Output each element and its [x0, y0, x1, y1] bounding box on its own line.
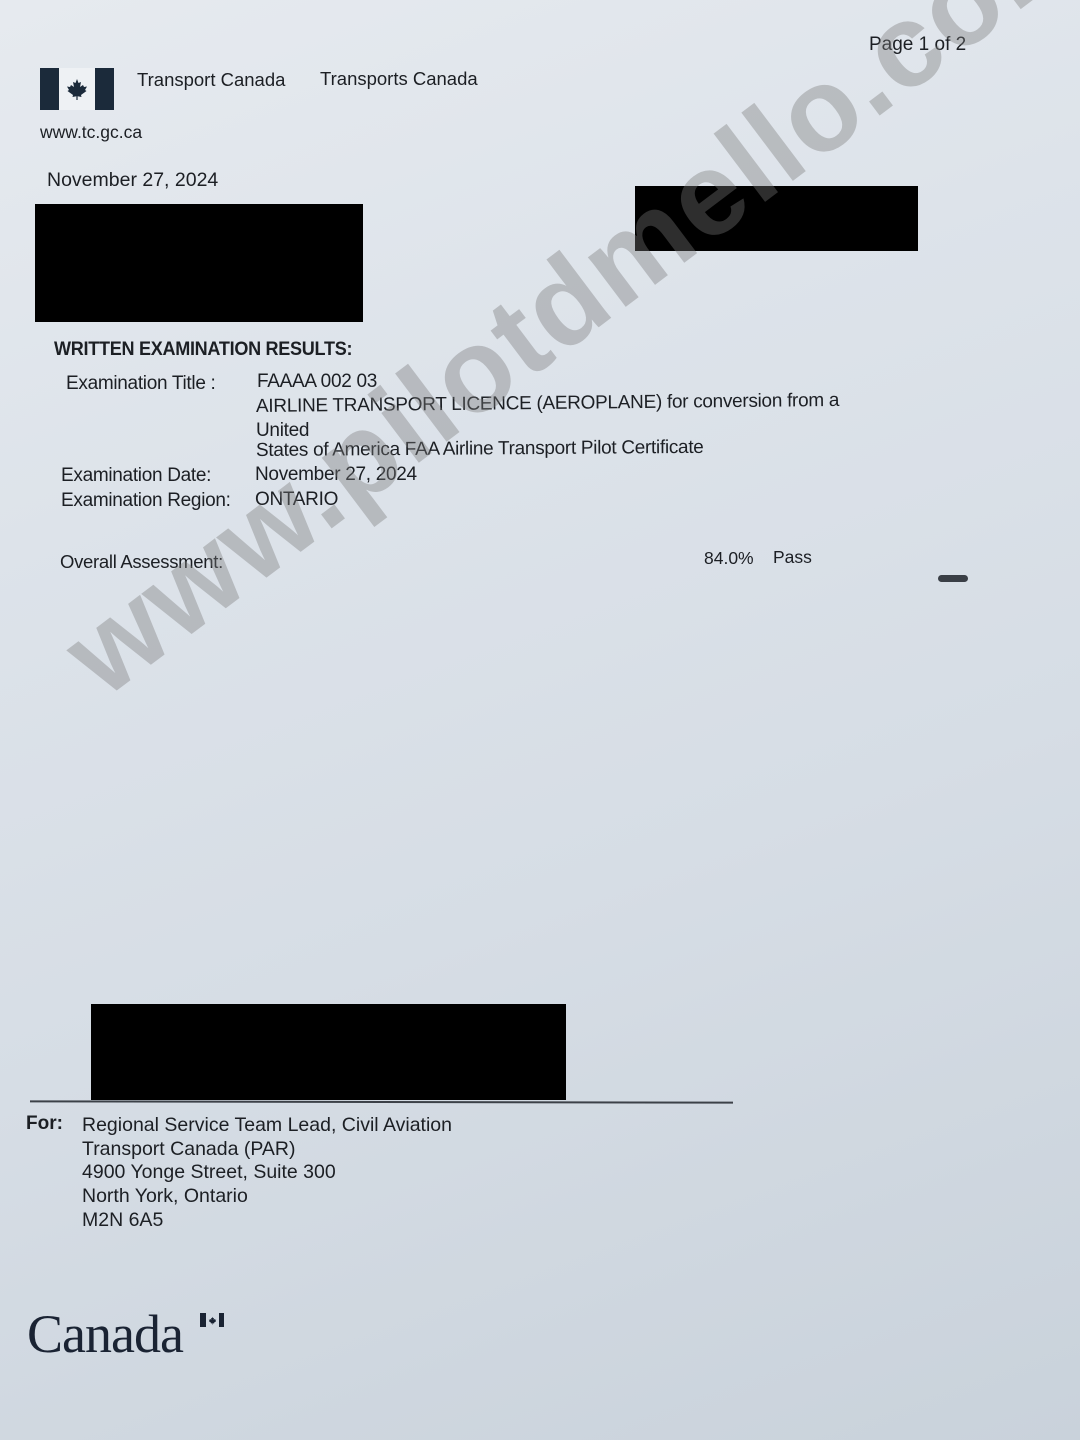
- address-city: North York, Ontario: [82, 1185, 248, 1208]
- canada-wordmark-flag-icon: [200, 1313, 224, 1327]
- exam-date-label: Examination Date:: [61, 465, 211, 487]
- section-title: WRITTEN EXAMINATION RESULTS:: [54, 339, 352, 361]
- org-name-french: Transports Canada: [320, 68, 478, 90]
- address-postal-code: M2N 6A5: [82, 1209, 163, 1232]
- watermark: www.pilotdmello.com: [39, 0, 1080, 722]
- address-street: 4900 Yonge Street, Suite 300: [82, 1161, 336, 1184]
- letter-date: November 27, 2024: [47, 169, 218, 192]
- page-indicator: Page 1 of 2: [869, 34, 966, 56]
- signatory-title: Regional Service Team Lead, Civil Aviati…: [82, 1114, 452, 1137]
- redacted-reference-block: [635, 186, 918, 251]
- exam-code: FAAAA 002 03: [257, 371, 377, 393]
- redacted-signature-block: [91, 1004, 566, 1100]
- maple-leaf-icon: [65, 77, 89, 101]
- overall-score: 84.0%: [704, 548, 754, 569]
- canada-flag-icon: [40, 68, 114, 110]
- exam-title-label: Examination Title :: [66, 373, 216, 395]
- org-name-english: Transport Canada: [137, 69, 285, 91]
- overall-assessment-label: Overall Assessment:: [60, 551, 223, 573]
- redacted-recipient-block: [35, 204, 363, 322]
- canada-wordmark: Canada: [27, 1303, 183, 1365]
- exam-title-line: AIRLINE TRANSPORT LICENCE (AEROPLANE) fo…: [256, 389, 916, 418]
- exam-date: November 27, 2024: [255, 464, 417, 486]
- signatory-office: Transport Canada (PAR): [82, 1138, 296, 1161]
- signature-line: [30, 1100, 733, 1103]
- website-link[interactable]: www.tc.gc.ca: [40, 122, 142, 143]
- exam-region: ONTARIO: [255, 489, 338, 511]
- for-label: For:: [26, 1113, 63, 1135]
- ink-mark: [938, 575, 968, 582]
- exam-region-label: Examination Region:: [61, 490, 231, 512]
- exam-title-line: States of America FAA Airline Transport …: [256, 437, 704, 462]
- overall-status: Pass: [773, 547, 812, 568]
- maple-leaf-icon: [208, 1316, 217, 1325]
